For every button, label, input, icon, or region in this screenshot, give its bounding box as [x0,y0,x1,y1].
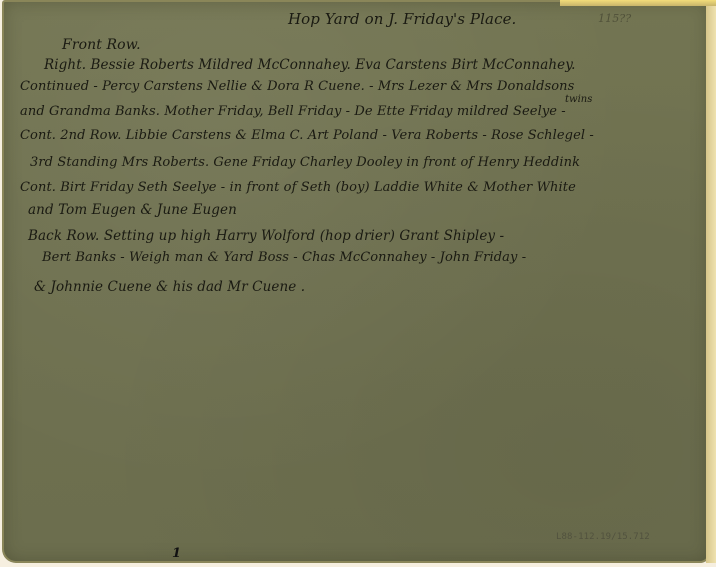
caption-line: Bert Banks - Weigh man & Yard Boss - Cha… [42,250,526,265]
caption-line: and Tom Eugen & June Eugen [28,202,237,218]
interlinear-note: twins [565,94,592,105]
caption-line: Continued - Percy Carstens Nellie & Dora… [20,79,574,94]
caption-line: and Grandma Banks. Mother Friday, Bell F… [20,104,566,119]
section-heading-front-row: Front Row. [62,37,141,53]
card-edge [706,0,716,563]
caption-line: Cont. Birt Friday Seth Seelye - in front… [20,180,576,195]
caption-line: Cont. 2nd Row. Libbie Carstens & Elma C.… [20,128,594,143]
catalog-number: 115?? [598,12,631,25]
caption-line: 3rd Standing Mrs Roberts. Gene Friday Ch… [30,155,580,170]
document-title: Hop Yard on J. Friday's Place. [288,10,516,28]
section-heading-back-row: Back Row. Setting up high Harry Wolford … [28,228,504,244]
archive-stamp: L88-112.19/15.712 [556,532,650,542]
caption-line: & Johnnie Cuene & his dad Mr Cuene . [34,279,305,295]
page-mark: 1 [172,546,181,561]
card-edge-top [560,0,716,6]
caption-line: Right. Bessie Roberts Mildred McConnahey… [44,57,576,73]
